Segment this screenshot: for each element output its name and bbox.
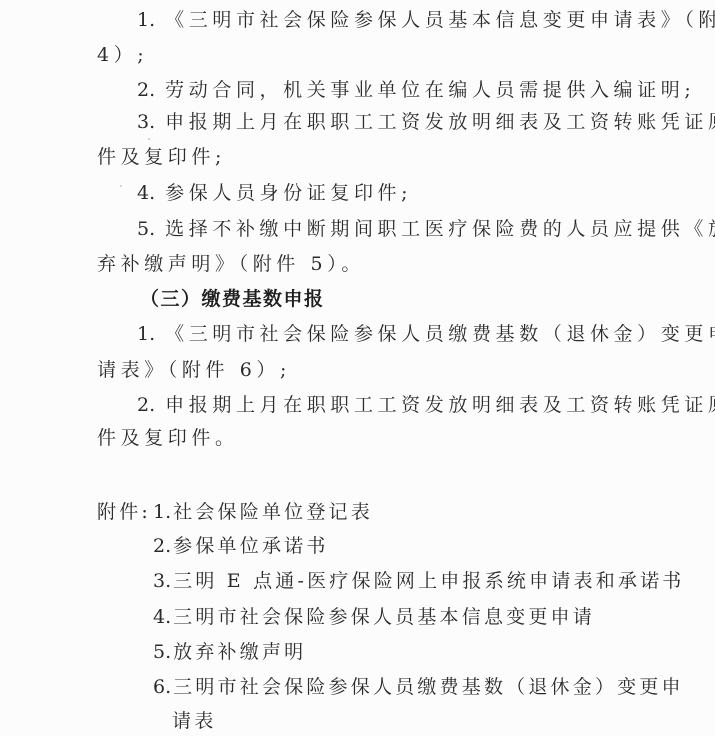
item-number: 2.	[153, 534, 171, 558]
attachment-item-3: 3.三明 E 点通-医疗保险网上申报系统申请表和承诺书	[153, 569, 685, 593]
item-text: 三明市社会保险参保人员基本信息变更申请	[173, 606, 595, 628]
base-item-2-continuation: 件及复印件。	[97, 426, 239, 450]
item-number: 1.	[137, 322, 155, 346]
item-text: 放弃补缴声明	[173, 641, 306, 663]
attachment-item-6-continuation: 请表	[172, 709, 216, 733]
material-item-2: 2.劳动合同，机关事业单位在编人员需提供入编证明;	[137, 78, 695, 102]
document-page: 1.《三明市社会保险参保人员基本信息变更申请表》（附件 4）; 2.劳动合同，机…	[0, 0, 715, 736]
item-number: 2.	[137, 78, 155, 102]
scan-speck	[148, 138, 150, 140]
material-item-4: 4.参保人员身份证复印件;	[137, 181, 412, 205]
item-number: 6.	[153, 675, 171, 699]
item-number: 3.	[153, 569, 171, 593]
attachment-item-4: 4.三明市社会保险参保人员基本信息变更申请	[153, 605, 595, 629]
base-item-1-continuation: 请表》（附件 6）;	[97, 358, 291, 382]
item-text: 《三明市社会保险参保人员基本信息变更申请表》（附件	[165, 9, 715, 31]
attachment-item-5: 5.放弃补缴声明	[153, 640, 306, 664]
item-number: 4.	[153, 605, 171, 629]
attachment-item-6: 6.三明市社会保险参保人员缴费基数（退休金）变更申	[153, 675, 684, 699]
item-text: 三明 E 点通-医疗保险网上申报系统申请表和承诺书	[173, 570, 684, 592]
base-item-2: 2.申报期上月在职职工工资发放明细表及工资转账凭证原	[137, 393, 715, 417]
item-text: 选择不补缴中断期间职工医疗保险费的人员应提供《放	[165, 218, 715, 240]
item-text: 参保单位承诺书	[173, 535, 328, 557]
item-number: 4.	[137, 181, 155, 205]
item-number: 5.	[137, 217, 155, 241]
item-number: 3.	[137, 110, 155, 134]
item-number: 1.	[153, 500, 171, 524]
item-number: 2.	[137, 393, 155, 417]
item-number: 5.	[153, 640, 171, 664]
attachments-label: 附件:	[97, 500, 151, 524]
material-item-1: 1.《三明市社会保险参保人员基本信息变更申请表》（附件	[137, 8, 715, 32]
section-heading-contribution-base: （三）缴费基数申报	[140, 287, 325, 311]
attachment-item-1: 1.社会保险单位登记表	[153, 500, 373, 524]
material-item-3-continuation: 件及复印件;	[97, 145, 226, 169]
item-text: 劳动合同，机关事业单位在编人员需提供入编证明;	[165, 79, 695, 101]
item-text: 三明市社会保险参保人员缴费基数（退休金）变更申	[173, 676, 684, 698]
item-text: 《三明市社会保险参保人员缴费基数（退休金）变更申	[165, 323, 715, 345]
item-text: 申报期上月在职职工工资发放明细表及工资转账凭证原	[165, 394, 715, 416]
material-item-1-continuation: 4）;	[97, 43, 148, 67]
item-text: 申报期上月在职职工工资发放明细表及工资转账凭证原	[165, 111, 715, 133]
item-number: 1.	[137, 8, 155, 32]
scan-speck	[120, 185, 122, 187]
item-text: 参保人员身份证复印件;	[165, 182, 412, 204]
material-item-5-continuation: 弃补缴声明》（附件 5）。	[97, 252, 365, 276]
material-item-5: 5.选择不补缴中断期间职工医疗保险费的人员应提供《放	[137, 217, 715, 241]
base-item-1: 1.《三明市社会保险参保人员缴费基数（退休金）变更申	[137, 322, 715, 346]
material-item-3: 3.申报期上月在职职工工资发放明细表及工资转账凭证原	[137, 110, 715, 134]
attachment-item-2: 2.参保单位承诺书	[153, 534, 329, 558]
item-text: 社会保险单位登记表	[173, 501, 373, 523]
